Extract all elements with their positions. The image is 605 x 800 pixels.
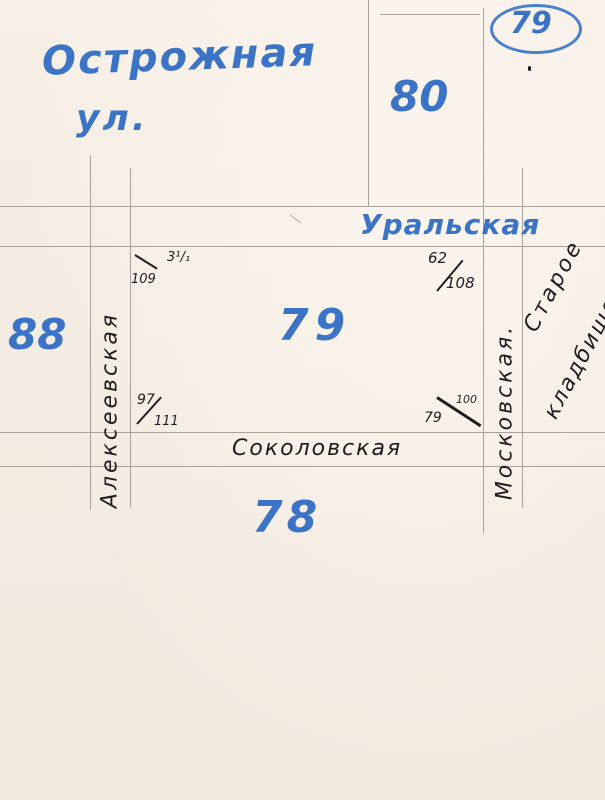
street-name-north: Уральская — [360, 208, 540, 241]
block-number-center: 79 — [278, 300, 351, 351]
street-name-east: Московская. — [493, 324, 518, 500]
street-name-south: Соколовская — [232, 436, 402, 461]
block-80-left-line — [368, 0, 369, 206]
corner-sw-bottom: 111 — [154, 414, 179, 429]
corner-ne-top: 62 — [428, 249, 447, 267]
ink-speck — [528, 66, 531, 71]
corner-nw-bottom: 109 — [131, 272, 156, 287]
page-number: 79 — [510, 6, 552, 41]
street-title-line2: ул. — [76, 98, 149, 139]
block-number-north: 80 — [390, 72, 448, 121]
street-name-west: Алексеевская — [98, 312, 123, 508]
corner-se-left: 79 — [424, 410, 442, 426]
block-80-top-line — [380, 14, 480, 15]
street-line-west-right — [130, 168, 131, 508]
block-number-west: 88 — [8, 310, 66, 359]
block-number-south: 78 — [252, 492, 321, 543]
corner-ne-bottom: 108 — [446, 274, 475, 292]
street-line-east-left — [483, 8, 484, 533]
corner-nw-top: 3¹/₁ — [167, 250, 190, 265]
corner-se-right: 100 — [456, 393, 477, 406]
street-title-line1: Острожная — [41, 29, 318, 85]
street-line-west-left — [90, 155, 91, 510]
